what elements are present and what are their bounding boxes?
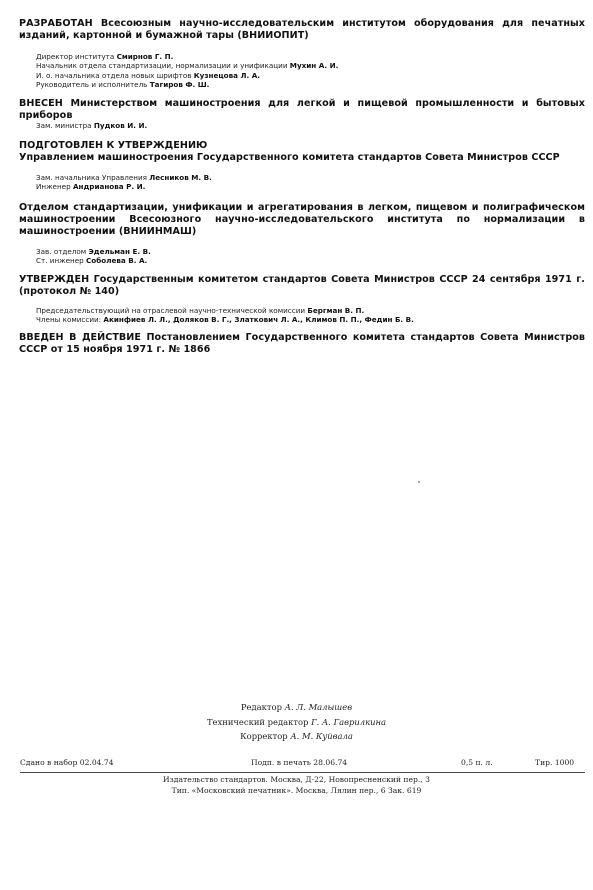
person-line: Зам. министра Пудков И. И.: [36, 121, 576, 130]
section-approved-people: Председательствующий на отраслевой научн…: [36, 306, 576, 325]
section-approved: УТВЕРЖДЕН Государственным комитетом стан…: [19, 274, 585, 298]
person-line: Зам. начальника Управления Лесников М. В…: [36, 173, 576, 182]
section-enacted: ВВЕДЕН В ДЕЙСТВИЕ Постановлением Государ…: [19, 332, 585, 356]
person-line: Зав. отделом Эдельман Е. В.: [36, 247, 576, 256]
person-line: Директор института Смирнов Г. П.: [36, 52, 576, 61]
credit-editor: Редактор А. Л. Малышев: [0, 700, 593, 715]
sheets: 0,5 п. л.: [461, 758, 493, 767]
section-department: Отделом стандартизации, унификации и агр…: [19, 202, 585, 238]
section-department-people: Зав. отделом Эдельман Е. В. Ст. инженер …: [36, 247, 576, 266]
section-text: Всесоюзным научно-исследовательским инст…: [19, 18, 585, 41]
publisher-line: Издательство стандартов. Москва, Д-22, Н…: [0, 775, 593, 786]
divider: [20, 772, 585, 773]
scan-speck: [418, 481, 420, 483]
circulation: Тир. 1000: [535, 758, 574, 767]
person-line: Члены комиссии: Акинфиев Л. Л., Доляков …: [36, 315, 576, 324]
section-text: Министерством машиностроения для легкой …: [19, 98, 585, 121]
section-keyword: ВВЕДЕН В ДЕЙСТВИЕ: [19, 332, 141, 343]
section-text: Управлением машиностроения Государственн…: [19, 152, 585, 164]
editorial-credits: Редактор А. Л. Малышев Технический редак…: [0, 700, 593, 744]
section-keyword: ВНЕСЕН: [19, 98, 63, 109]
printer-line: Тип. «Московский печатник». Москва, Ляли…: [0, 786, 593, 797]
credit-tech-editor: Технический редактор Г. А. Гаврилкина: [0, 715, 593, 730]
section-keyword: УТВЕРЖДЕН: [19, 274, 89, 285]
signed-date: Подп. в печать 28.06.74: [251, 758, 347, 767]
section-introduced-people: Зам. министра Пудков И. И.: [36, 121, 576, 130]
typeset-date: Сдано в набор 02.04.74: [20, 758, 114, 767]
print-info: Сдано в набор 02.04.74 Подп. в печать 28…: [20, 758, 585, 770]
section-prepared: ПОДГОТОВЛЕН К УТВЕРЖДЕНИЮ Управлением ма…: [19, 140, 585, 164]
section-keyword: РАЗРАБОТАН: [19, 18, 93, 29]
person-line: Инженер Андрианова Р. И.: [36, 182, 576, 191]
section-text: Государственным комитетом стандартов Сов…: [19, 274, 585, 297]
credit-proofreader: Корректор А. М. Куйвала: [0, 729, 593, 744]
section-keyword: ПОДГОТОВЛЕН К УТВЕРЖДЕНИЮ: [19, 140, 585, 152]
person-line: Ст. инженер Соболева В. А.: [36, 256, 576, 265]
section-developed-people: Директор института Смирнов Г. П. Начальн…: [36, 52, 576, 90]
person-line: Председательствующий на отраслевой научн…: [36, 306, 576, 315]
document-page: РАЗРАБОТАН Всесоюзным научно-исследовате…: [0, 0, 593, 890]
imprint: Издательство стандартов. Москва, Д-22, Н…: [0, 775, 593, 796]
section-introduced: ВНЕСЕН Министерством машиностроения для …: [19, 98, 585, 122]
section-prepared-people: Зам. начальника Управления Лесников М. В…: [36, 173, 576, 192]
section-developed: РАЗРАБОТАН Всесоюзным научно-исследовате…: [19, 18, 585, 42]
person-line: И. о. начальника отдела новых шрифтов Ку…: [36, 71, 576, 80]
person-line: Руководитель и исполнитель Тагиров Ф. Ш.: [36, 80, 576, 89]
section-text: Отделом стандартизации, унификации и агр…: [19, 202, 585, 237]
person-line: Начальник отдела стандартизации, нормали…: [36, 61, 576, 70]
